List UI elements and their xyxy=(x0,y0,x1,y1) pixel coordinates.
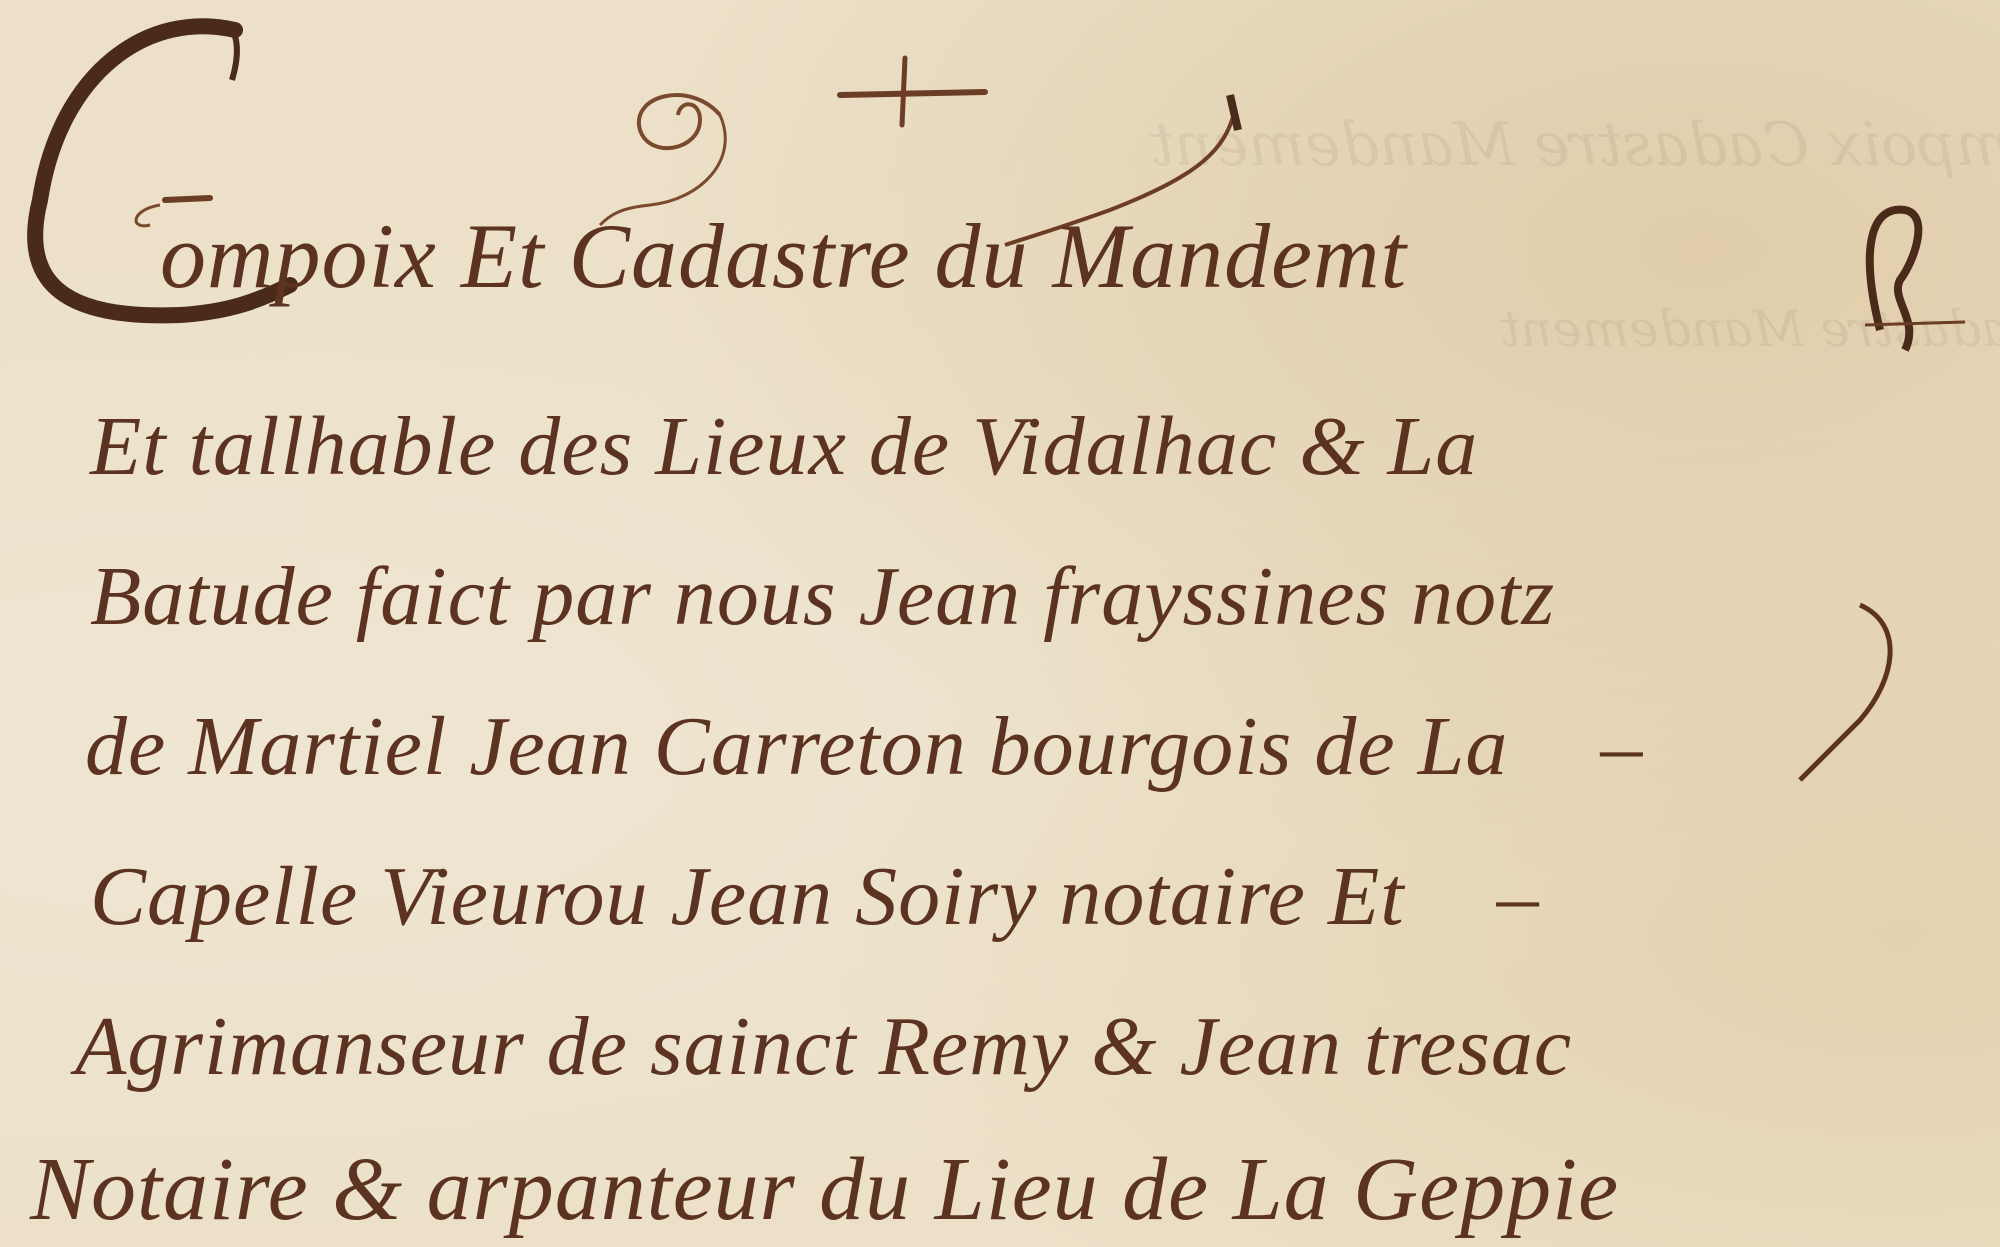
line-continuation-mark: – xyxy=(1600,700,1643,793)
text-line-1: Et tallhable des Lieux de Vidalhac & La xyxy=(90,405,1478,489)
text-line-5: Agrimanseur de sainct Remy & Jean tresac xyxy=(75,1005,1572,1089)
heading-text: ompoix Et Cadastre du Mandemt xyxy=(160,205,1407,307)
text-line-6: Notaire & arpanteur du Lieu de La Geppie xyxy=(30,1145,1619,1235)
text-line-1-content: Et tallhable des Lieux de Vidalhac & La xyxy=(90,400,1478,493)
show-through-text: Compoix Cadastre Mandement xyxy=(1150,110,2000,180)
text-line-3: de Martiel Jean Carreton bourgois de La … xyxy=(85,705,1643,789)
show-through-text-2: Compoix Cadastre Mandement xyxy=(1500,300,2000,358)
line-continuation-mark: – xyxy=(1497,850,1540,943)
manuscript-page: Compoix Cadastre Mandement Compoix Cadas… xyxy=(0,0,2000,1247)
text-line-2-content: Batude faict par nous Jean frayssines no… xyxy=(90,550,1555,643)
spiral-flourish-icon xyxy=(639,95,720,148)
text-line-4: Capelle Vieurou Jean Soiry notaire Et – xyxy=(90,855,1540,939)
heading-line: ompoix Et Cadastre du Mandemt xyxy=(160,210,1407,302)
text-line-6-content: Notaire & arpanteur du Lieu de La Geppie xyxy=(30,1140,1619,1239)
cross-icon xyxy=(840,92,985,95)
text-line-5-content: Agrimanseur de sainct Remy & Jean tresac xyxy=(75,1000,1572,1093)
text-line-2: Batude faict par nous Jean frayssines no… xyxy=(90,555,1555,639)
text-line-3-content: de Martiel Jean Carreton bourgois de La xyxy=(85,700,1508,793)
text-line-4-content: Capelle Vieurou Jean Soiry notaire Et xyxy=(90,850,1405,943)
